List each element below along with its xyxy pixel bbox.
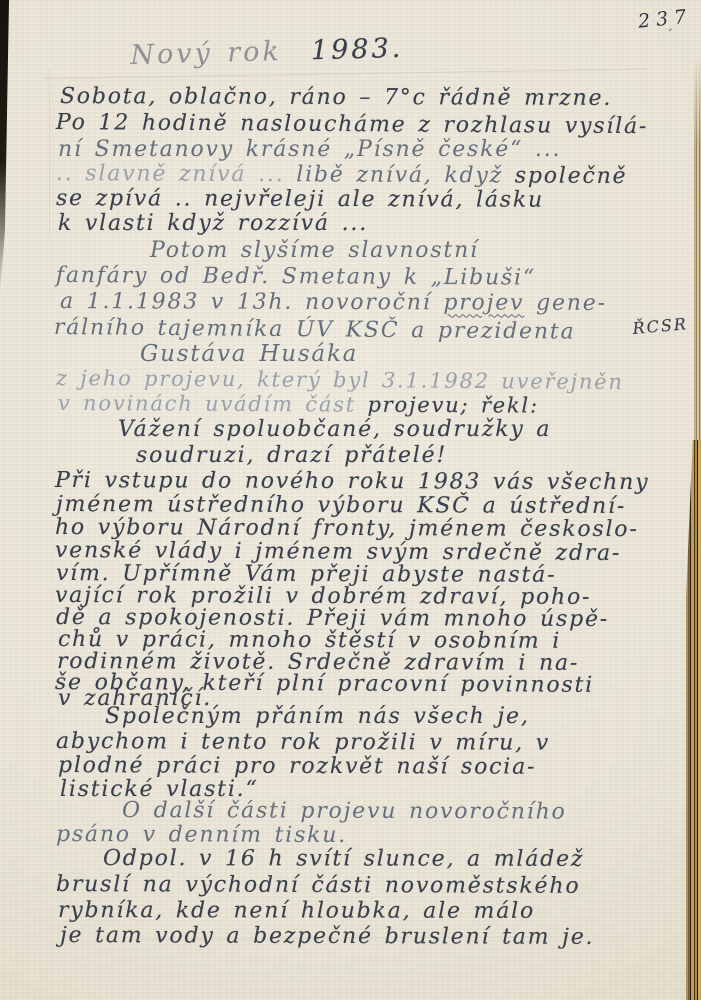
page-scan: 237 ’ Nový rok 1983.Sobota, oblačno, rán… — [0, 0, 701, 1000]
handwritten-line: z jeho projevu, který byl 3.1.1982 uveře… — [56, 368, 624, 393]
text-segment: ŘCSR — [632, 314, 689, 338]
text-segment: 1983. — [311, 33, 404, 66]
text-segment: projevu; řekl: — [367, 393, 539, 418]
handwritten-line: plodné práci pro rozkvět naší socia- — [58, 755, 536, 779]
handwritten-line: Po 12 hodině nasloucháme z rozhlasu vysí… — [56, 112, 648, 138]
text-segment: k vlasti když rozzívá ... — [58, 211, 368, 236]
handwritten-line: se zpívá .. nejvřeleji ale znívá, lásku — [56, 188, 544, 212]
text-segment: Společným přáním nás všech je, — [105, 704, 530, 729]
handwritten-line: Potom slyšíme slavnostní — [150, 240, 479, 262]
handwritten-line: Sobota, oblačno, ráno – 7°c řádně mrzne. — [60, 86, 612, 110]
page-number: 237 — [637, 5, 693, 33]
text-segment: Sobota, oblačno, ráno – 7°c řádně mrzne. — [60, 84, 612, 111]
scan-shadow-left — [0, 0, 9, 295]
text-segment: O další části projevu novoročního — [122, 798, 567, 825]
handwritten-line: k vlasti když rozzívá ... — [58, 213, 368, 235]
paper-seam — [49, 70, 50, 238]
book-fore-edge-lower — [686, 440, 701, 1000]
handwritten-line: rálního tajemníka ÚV KSČ a prezidenta — [54, 317, 576, 344]
handwritten-line: ho výboru Národní fronty, jménem českosl… — [55, 517, 639, 541]
handwritten-line: a 1.1.1983 v 13h. novoroční projev gene- — [60, 291, 607, 315]
book-fore-edge-upper — [694, 58, 701, 448]
text-segment: v novinách uvádím část — [58, 391, 368, 417]
handwritten-line: Vážení spoluobčané, soudružky a — [118, 419, 551, 441]
handwritten-line: .. slavně znívá ... libě znívá, když spo… — [56, 163, 628, 188]
wavy-underlined-word: projev — [443, 290, 524, 315]
text-segment: psáno v denním tisku. — [56, 822, 347, 848]
text-segment: gene- — [524, 291, 607, 316]
text-segment: soudruzi, drazí přátelé! — [136, 443, 447, 468]
text-segment: z jeho projevu, který byl 3.1.1982 uveře… — [56, 366, 624, 394]
text-segment: libě znívá, když — [296, 162, 515, 188]
text-segment: Po 12 hodině nasloucháme z rozhlasu vysí… — [56, 110, 648, 139]
text-segment: Nový rok — [130, 35, 311, 71]
text-segment: Odpol. v 16 h svítí slunce, a mládež — [103, 846, 584, 872]
text-segment: Potom slyšíme slavnostní — [150, 238, 479, 263]
handwritten-line: je tam vody a bezpečné bruslení tam je. — [60, 925, 594, 949]
handwritten-line: Společným přáním nás všech je, — [105, 706, 530, 728]
handwritten-line: Při vstupu do nového roku 1983 vás všech… — [55, 470, 649, 494]
handwritten-line: ní Smetanovy krásné „Písně české“ ... — [58, 139, 561, 161]
handwritten-line: soudruzi, drazí přátelé! — [136, 445, 447, 467]
handwritten-line: Odpol. v 16 h svítí slunce, a mládež — [103, 848, 584, 871]
handwritten-line: Gustáva Husáka — [140, 343, 358, 366]
handwritten-line: psáno v denním tisku. — [56, 824, 347, 847]
text-segment: bruslí na východní části novoměstského — [56, 872, 581, 899]
margin-note: ŘCSR — [632, 316, 688, 337]
text-segment: fanfáry od Bedř. Smetany k „Libuši“ — [56, 263, 536, 291]
handwritten-line: v novinách uvádím část projevu; řekl: — [58, 393, 539, 417]
text-segment: abychom i tento rok prožili v míru, v — [56, 729, 550, 756]
text-segment: a 1.1.1983 v 13h. novoroční — [60, 289, 444, 315]
text-segment: je tam vody a bezpečné bruslení tam je. — [60, 923, 594, 950]
text-segment: Vážení spoluobčané, soudružky a — [118, 417, 551, 442]
text-segment: společně — [515, 163, 628, 189]
handwritten-line: rybníka, kde není hloubka, ale málo — [58, 900, 535, 923]
handwritten-line: bruslí na východní části novoměstského — [56, 874, 581, 898]
handwritten-line: fanfáry od Bedř. Smetany k „Libuši“ — [56, 265, 536, 290]
text-segment: Gustáva Husáka — [140, 341, 358, 367]
text-segment: ní Smetanovy krásné „Písně české“ ... — [58, 137, 561, 162]
handwritten-line: abychom i tento rok prožili v míru, v — [56, 731, 550, 755]
handwritten-line: O další části projevu novoročního — [122, 800, 567, 824]
entry-title: Nový rok 1983. — [130, 35, 404, 69]
text-segment: .. slavně znívá ... — [56, 161, 296, 187]
text-segment: se zpívá .. nejvřeleji ale znívá, lásku — [56, 186, 544, 213]
text-segment: rybníka, kde není hloubka, ale málo — [58, 898, 535, 924]
text-segment: plodné práci pro rozkvět naší socia- — [58, 753, 536, 780]
text-segment: Při vstupu do nového roku 1983 vás všech… — [55, 468, 649, 495]
